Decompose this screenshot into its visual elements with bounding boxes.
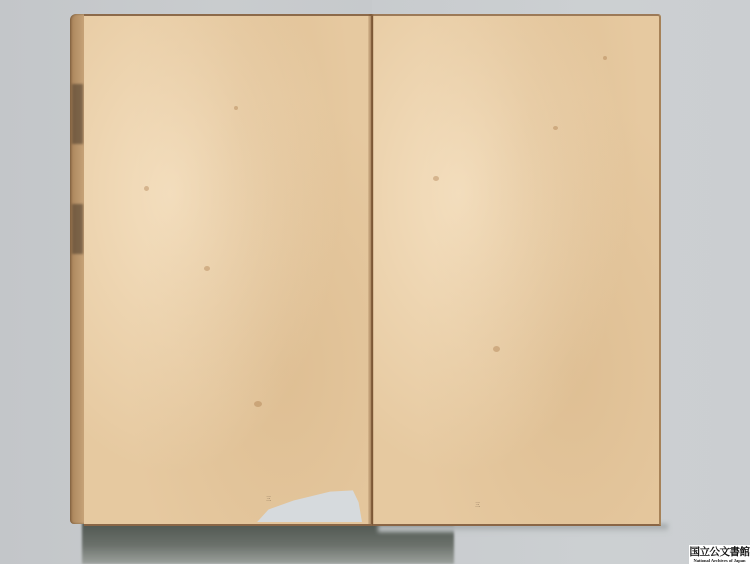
foxing-spot	[433, 176, 439, 181]
foxing-spot	[144, 186, 149, 191]
foxing-spot	[204, 266, 210, 271]
foxing-spot	[493, 346, 500, 352]
foxing-spot	[234, 106, 238, 110]
logo-title-en: National Archives of Japan	[693, 558, 745, 563]
right-page: 三	[372, 14, 661, 526]
logo-title-jp: 国立公文書館	[690, 547, 750, 558]
spine-label-mark	[72, 84, 83, 144]
spine-label-mark	[72, 204, 83, 254]
archive-watermark-logo: 国立公文書館 National Archives of Japan	[689, 545, 750, 564]
foxing-spot	[553, 126, 558, 130]
page-mark-right: 三	[475, 502, 479, 506]
foxing-spot	[254, 401, 262, 407]
foxing-spot	[603, 56, 607, 60]
book-gutter	[368, 14, 374, 524]
left-page: 三	[84, 14, 372, 526]
page-mark-left: 三	[266, 496, 270, 500]
